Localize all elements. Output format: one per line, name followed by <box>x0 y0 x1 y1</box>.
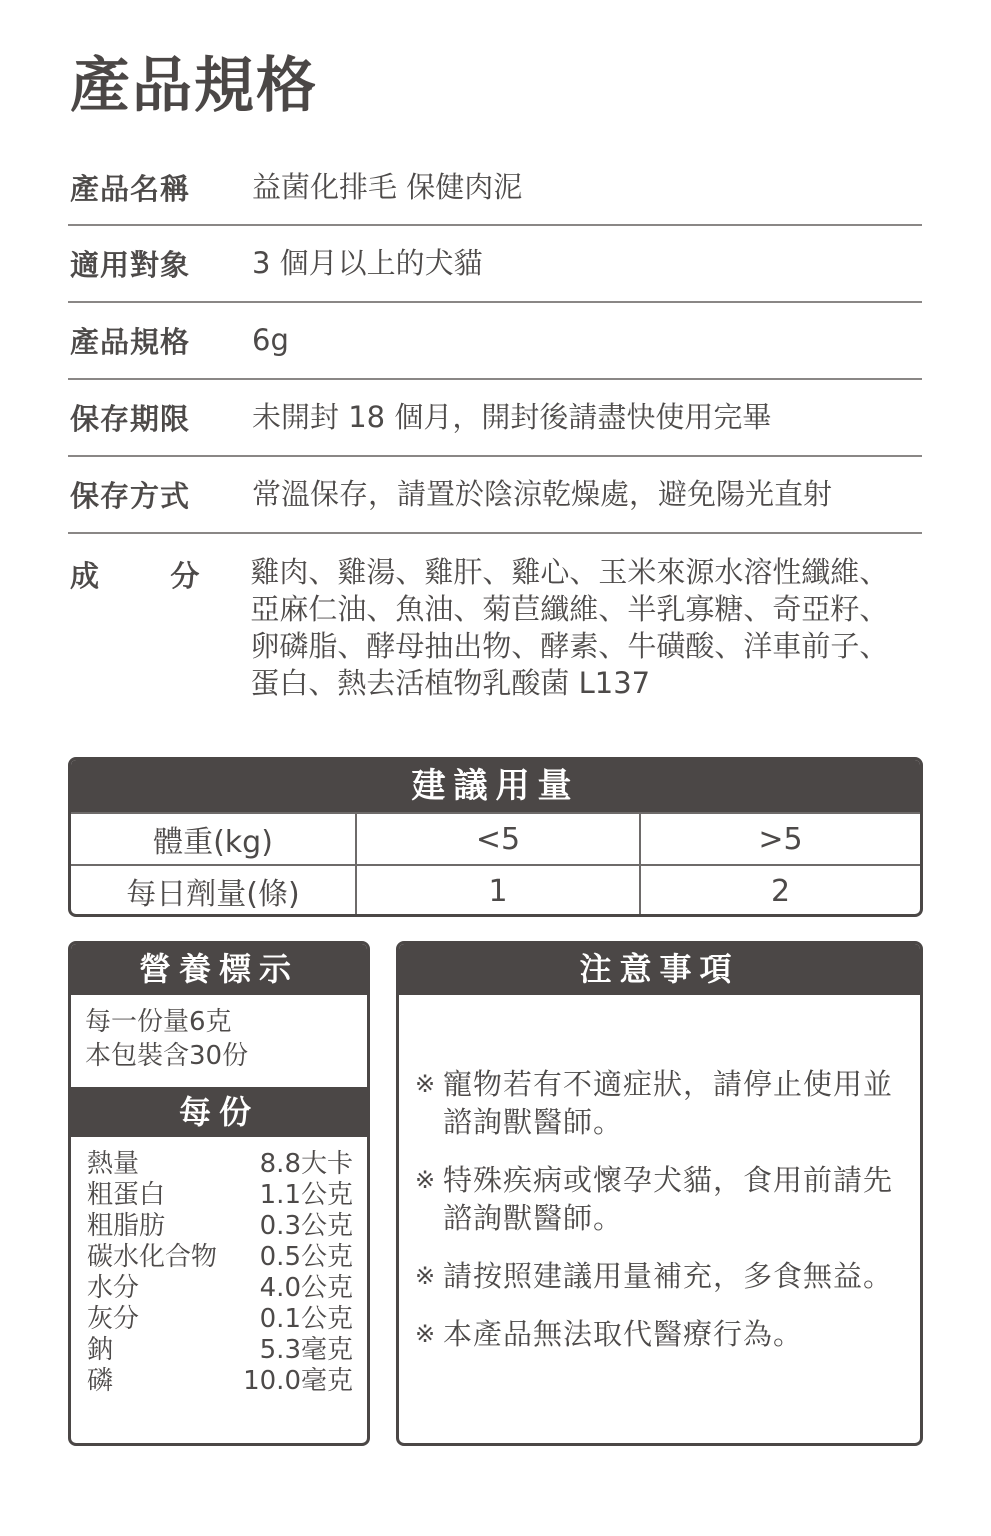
nutrient-value: 0.3公克 <box>260 1211 353 1242</box>
nutrition-row: 灰分 0.1公克 <box>87 1304 353 1335</box>
reference-mark-icon: ※ <box>415 1257 443 1295</box>
nutrient-value: 10.0毫克 <box>243 1366 353 1397</box>
nutrient-value: 1.1公克 <box>260 1180 353 1211</box>
ingredients-label-char: 成 <box>70 554 100 595</box>
dosage-title: 建議用量 <box>71 760 920 812</box>
ingredients-label: 成 分 <box>68 554 200 595</box>
note-item: ※ 請按照建議用量補充，多食無益。 <box>415 1257 908 1295</box>
serving-line: 每一份量6克 <box>85 1005 353 1039</box>
spec-row-size: 產品規格 6g <box>68 303 922 380</box>
notes-title: 注意事項 <box>399 944 920 995</box>
spec-row-name: 產品名稱 益菌化排毛 保健肉泥 <box>68 150 922 226</box>
spec-label: 適用對象 <box>68 243 252 284</box>
spec-row-storage: 保存方式 常溫保存，請置於陰涼乾燥處，避免陽光直射 <box>68 457 922 534</box>
dosage-table: 建議用量 體重(kg) <5 >5 每日劑量(條) 1 2 <box>68 757 923 917</box>
nutrition-panel: 營養標示 每一份量6克 本包裝含30份 每份 熱量 8.8大卡 粗蛋白 1.1公… <box>68 941 370 1446</box>
spec-value: 6g <box>252 322 289 359</box>
nutrition-title: 營養標示 <box>71 944 367 995</box>
nutrition-row: 熱量 8.8大卡 <box>87 1149 353 1180</box>
note-text: 請按照建議用量補充，多食無益。 <box>443 1257 908 1295</box>
spec-table: 產品名稱 益菌化排毛 保健肉泥 適用對象 3 個月以上的犬貓 產品規格 6g 保… <box>68 150 922 702</box>
dosage-cell: <5 <box>355 814 639 864</box>
dosage-cell: 每日劑量(條) <box>71 866 355 916</box>
serving-line: 本包裝含30份 <box>85 1039 353 1073</box>
notes-list: ※ 寵物若有不適症狀，請停止使用並諮詢獸醫師。 ※ 特殊疾病或懷孕犬貓，食用前請… <box>399 995 920 1353</box>
dosage-row-daily: 每日劑量(條) 1 2 <box>71 864 920 916</box>
spec-value: 未開封 18 個月，開封後請盡快使用完畢 <box>252 399 771 436</box>
nutrition-row: 水分 4.0公克 <box>87 1273 353 1304</box>
nutrient-value: 4.0公克 <box>260 1273 353 1304</box>
nutrient-name: 粗脂肪 <box>87 1211 165 1242</box>
note-text: 本產品無法取代醫療行為。 <box>443 1315 908 1353</box>
nutrition-list: 熱量 8.8大卡 粗蛋白 1.1公克 粗脂肪 0.3公克 碳水化合物 0.5公克… <box>71 1137 367 1397</box>
ingredients-list: 雞肉、雞湯、雞肝、雞心、玉米來源水溶性纖維、 亞麻仁油、魚油、菊苣纖維、半乳寡糖… <box>250 554 922 702</box>
spec-value: 常溫保存，請置於陰涼乾燥處，避免陽光直射 <box>252 476 832 513</box>
ingredients-line: 卵磷脂、酵母抽出物、酵素、牛磺酸、洋車前子、 <box>250 628 922 665</box>
nutrient-name: 鈉 <box>87 1335 113 1366</box>
nutrient-value: 8.8大卡 <box>260 1149 353 1180</box>
dosage-cell: 體重(kg) <box>71 814 355 864</box>
dosage-cell: 2 <box>639 866 920 916</box>
spec-label: 保存期限 <box>68 397 252 438</box>
nutrient-value: 5.3毫克 <box>260 1335 353 1366</box>
nutrient-value: 0.5公克 <box>260 1242 353 1273</box>
nutrient-name: 碳水化合物 <box>87 1242 217 1273</box>
ingredients-line: 雞肉、雞湯、雞肝、雞心、玉米來源水溶性纖維、 <box>250 554 922 591</box>
notes-panel: 注意事項 ※ 寵物若有不適症狀，請停止使用並諮詢獸醫師。 ※ 特殊疾病或懷孕犬貓… <box>396 941 923 1446</box>
nutrition-row: 碳水化合物 0.5公克 <box>87 1242 353 1273</box>
spec-row-ingredients: 成 分 雞肉、雞湯、雞肝、雞心、玉米來源水溶性纖維、 亞麻仁油、魚油、菊苣纖維、… <box>68 534 922 702</box>
dosage-cell: >5 <box>639 814 920 864</box>
dosage-cell: 1 <box>355 866 639 916</box>
ingredients-label-char: 分 <box>170 554 200 595</box>
nutrition-row: 鈉 5.3毫克 <box>87 1335 353 1366</box>
nutrition-row: 粗蛋白 1.1公克 <box>87 1180 353 1211</box>
note-text: 特殊疾病或懷孕犬貓，食用前請先諮詢獸醫師。 <box>443 1161 908 1237</box>
note-item: ※ 本產品無法取代醫療行為。 <box>415 1315 908 1353</box>
nutrient-name: 粗蛋白 <box>87 1180 165 1211</box>
note-item: ※ 寵物若有不適症狀，請停止使用並諮詢獸醫師。 <box>415 1065 908 1141</box>
nutrition-row: 磷 10.0毫克 <box>87 1366 353 1397</box>
nutrient-value: 0.1公克 <box>260 1304 353 1335</box>
per-serving-title: 每份 <box>71 1087 367 1137</box>
spec-value: 益菌化排毛 保健肉泥 <box>252 169 522 206</box>
ingredients-line: 亞麻仁油、魚油、菊苣纖維、半乳寡糖、奇亞籽、 <box>250 591 922 628</box>
nutrient-name: 水分 <box>87 1273 139 1304</box>
spec-label: 產品名稱 <box>68 167 252 208</box>
spec-value: 3 個月以上的犬貓 <box>252 245 483 282</box>
spec-row-shelf-life: 保存期限 未開封 18 個月，開封後請盡快使用完畢 <box>68 380 922 457</box>
reference-mark-icon: ※ <box>415 1161 443 1237</box>
serving-info: 每一份量6克 本包裝含30份 <box>71 995 367 1087</box>
spec-row-target: 適用對象 3 個月以上的犬貓 <box>68 226 922 303</box>
nutrition-row: 粗脂肪 0.3公克 <box>87 1211 353 1242</box>
ingredients-line: 蛋白、熱去活植物乳酸菌 L137 <box>250 665 922 702</box>
page-title: 產品規格 <box>70 48 318 124</box>
reference-mark-icon: ※ <box>415 1315 443 1353</box>
note-text: 寵物若有不適症狀，請停止使用並諮詢獸醫師。 <box>443 1065 908 1141</box>
spec-label: 保存方式 <box>68 474 252 515</box>
reference-mark-icon: ※ <box>415 1065 443 1141</box>
nutrient-name: 磷 <box>87 1366 113 1397</box>
nutrient-name: 熱量 <box>87 1149 139 1180</box>
dosage-row-weight: 體重(kg) <5 >5 <box>71 812 920 864</box>
note-item: ※ 特殊疾病或懷孕犬貓，食用前請先諮詢獸醫師。 <box>415 1161 908 1237</box>
spec-label: 產品規格 <box>68 320 252 361</box>
nutrient-name: 灰分 <box>87 1304 139 1335</box>
